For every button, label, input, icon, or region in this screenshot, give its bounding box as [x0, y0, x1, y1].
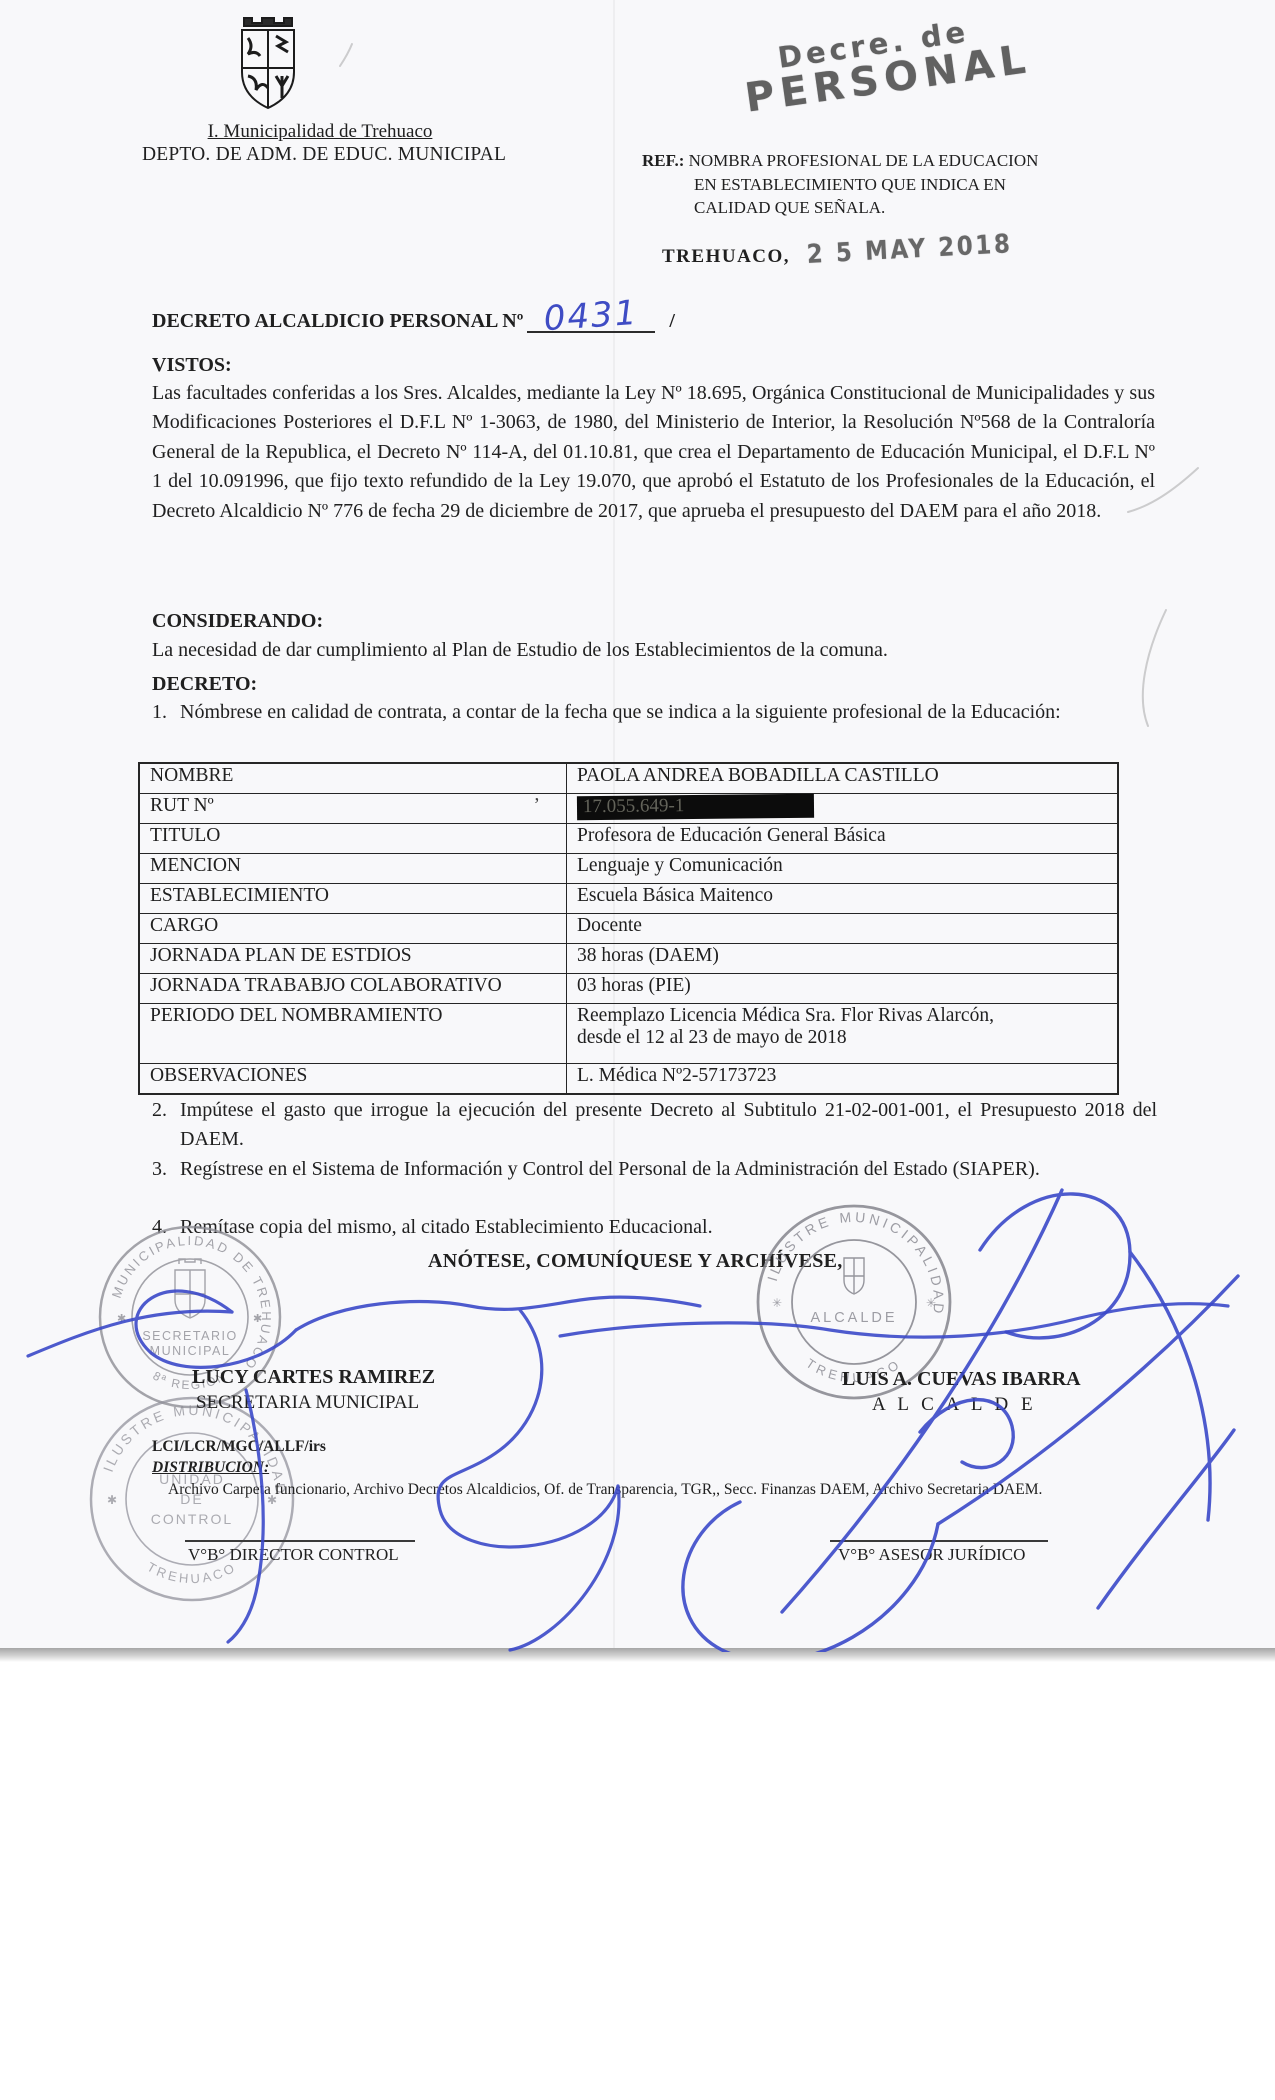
vb-asesor-juridico: V°B° ASESOR JURÍDICO: [838, 1545, 1025, 1565]
row-value: Reemplazo Licencia Médica Sra. Flor Riva…: [567, 1004, 1117, 1063]
table-row: NOMBRE PAOLA ANDREA BOBADILLA CASTILLO: [140, 764, 1117, 794]
pen-mark: ’: [534, 795, 541, 817]
decree-title-line: DECRETO ALCALDICIO PERSONAL Nº 0431 /: [152, 296, 675, 333]
table-row: ESTABLECIMIENTO Escuela Básica Maitenco: [140, 884, 1117, 914]
row-value: L. Médica Nº2-57173723: [567, 1064, 1117, 1093]
distribution-label: DISTRIBUCION:: [152, 1459, 269, 1477]
rut-label: RUT Nº: [150, 795, 214, 816]
reference-text2: EN ESTABLECIMIENTO QUE INDICA EN: [642, 173, 1122, 197]
table-row: JORNADA PLAN DE ESTDIOS 38 horas (DAEM): [140, 944, 1117, 974]
secretaria-title: SECRETARIA MUNICIPAL: [196, 1392, 419, 1414]
row-value: 38 horas (DAEM): [567, 944, 1117, 973]
table-row: TITULO Profesora de Educación General Bá…: [140, 824, 1117, 854]
stamp-crest-icon: [175, 1259, 205, 1318]
stamp-star-icon: ✱: [253, 1313, 262, 1325]
decree-document-page: I. Municipalidad de Trehuaco DEPTO. DE A…: [0, 0, 1275, 2100]
row-value: 03 horas (PIE): [567, 974, 1117, 1003]
table-row: MENCION Lenguaje y Comunicación: [140, 854, 1117, 884]
item-2-text: Impútese el gasto que irrogue la ejecuci…: [180, 1096, 1157, 1155]
row-value: 17.055.649-1: [567, 794, 1117, 823]
vb-asesor-line: [830, 1540, 1048, 1542]
control-stamp-line3: CONTROL: [151, 1511, 233, 1527]
alcalde-stamp-title: ALCALDE: [810, 1310, 897, 1326]
secretaria-name: LUCY CARTES RAMIREZ: [192, 1366, 435, 1389]
decreto-item-2: 2. Impútese el gasto que irrogue la ejec…: [152, 1096, 1157, 1155]
decree-number-underline: 0431: [527, 296, 655, 333]
stamp-star-icon: ✱: [117, 1313, 126, 1325]
decreto-item-1: 1. Nómbrese en calidad de contrata, a co…: [152, 698, 1157, 727]
considerando-heading: CONSIDERANDO:: [152, 610, 323, 633]
municipality-coat-of-arms-icon: [230, 12, 306, 114]
row-value: Profesora de Educación General Básica: [567, 824, 1117, 853]
row-value: Escuela Básica Maitenco: [567, 884, 1117, 913]
reference-text3: CALIDAD QUE SEÑALA.: [642, 196, 1122, 220]
place-label: TREHUACO,: [662, 246, 790, 268]
reference-text1: NOMBRA PROFESIONAL DE LA EDUCACION: [689, 151, 1039, 170]
row-label: TITULO: [140, 824, 567, 853]
scan-edge-shadow: [0, 1648, 1275, 1662]
item-2-number: 2.: [152, 1096, 180, 1155]
redacted-rut-value: 17.055.649-1: [577, 794, 814, 820]
secretario-stamp-title1: SECRETARIO: [142, 1329, 237, 1343]
row-label: JORNADA PLAN DE ESTDIOS: [140, 944, 567, 973]
table-row: OBSERVACIONES L. Médica Nº2-57173723: [140, 1064, 1117, 1093]
decree-title-slash: /: [669, 310, 675, 333]
item-3-number: 3.: [152, 1155, 180, 1184]
vistos-body: Las facultades conferidas a los Sres. Al…: [152, 379, 1155, 526]
decree-title-label: DECRETO ALCALDICIO PERSONAL Nº: [152, 310, 523, 333]
table-row: JORNADA TRABABJO COLABORATIVO 03 horas (…: [140, 974, 1117, 1004]
row-value: Lenguaje y Comunicación: [567, 854, 1117, 883]
appointment-table: NOMBRE PAOLA ANDREA BOBADILLA CASTILLO R…: [138, 762, 1119, 1095]
reference-block: REF.: NOMBRA PROFESIONAL DE LA EDUCACION…: [642, 149, 1122, 220]
table-row: PERIODO DEL NOMBRAMIENTO Reemplazo Licen…: [140, 1004, 1117, 1064]
vistos-heading: VISTOS:: [152, 354, 232, 377]
decreto-heading: DECRETO:: [152, 673, 257, 696]
row-label: MENCION: [140, 854, 567, 883]
table-row: RUT Nº ’ 17.055.649-1: [140, 794, 1117, 824]
row-label: CARGO: [140, 914, 567, 943]
stamp-star-icon: ✱: [107, 1493, 117, 1507]
row-label: ESTABLECIMIENTO: [140, 884, 567, 913]
unidad-de-control-stamp-icon: ILUSTRE MUNICIPALIDAD TREHUACO ✱ ✱ UNIDA…: [85, 1392, 300, 1607]
row-label: RUT Nº ’: [140, 794, 567, 823]
decreto-item-4: 4. Remítase copia del mismo, al citado E…: [152, 1213, 1157, 1242]
vb-director-control: V°B° DIRECTOR CONTROL: [188, 1545, 399, 1565]
secretario-stamp-title2: MUNICIPAL: [150, 1344, 231, 1358]
row-label: NOMBRE: [140, 764, 567, 793]
alcalde-title: A L C A L D E: [872, 1394, 1037, 1416]
row-label: OBSERVACIONES: [140, 1064, 567, 1093]
reference-line1: REF.: NOMBRA PROFESIONAL DE LA EDUCACION: [642, 149, 1122, 173]
row-value: Docente: [567, 914, 1117, 943]
period-line2: desde el 12 al 23 de mayo de 2018: [577, 1027, 1107, 1049]
row-label: JORNADA TRABABJO COLABORATIVO: [140, 974, 567, 1003]
item-1-text: Nómbrese en calidad de contrata, a conta…: [180, 698, 1061, 727]
item-1-number: 1.: [152, 698, 180, 727]
distribution-list: Archivo Carpeta funcionario, Archivo Dec…: [168, 1481, 1042, 1499]
vb-director-line: [185, 1540, 415, 1542]
drafting-initials: LCI/LCR/MGC/ALLF/irs: [152, 1438, 326, 1456]
row-label: PERIODO DEL NOMBRAMIENTO: [140, 1004, 567, 1063]
stamp-star-icon: ✳: [926, 1296, 936, 1310]
stamp-star-icon: ✳: [772, 1296, 782, 1310]
period-line1: Reemplazo Licencia Médica Sra. Flor Riva…: [577, 1005, 1107, 1027]
stamp-crest-icon: [844, 1258, 864, 1294]
department-name: DEPTO. DE ADM. DE EDUC. MUNICIPAL: [118, 144, 530, 166]
considerando-body: La necesidad de dar cumplimiento al Plan…: [152, 636, 1162, 665]
municipality-name: I. Municipalidad de Trehuaco: [155, 121, 485, 143]
alcalde-name: LUIS A. CUEVAS IBARRA: [842, 1368, 1081, 1391]
reference-label: REF.:: [642, 151, 684, 170]
row-value: PAOLA ANDREA BOBADILLA CASTILLO: [567, 764, 1117, 793]
table-row: CARGO Docente: [140, 914, 1117, 944]
item-3-text: Regístrese en el Sistema de Información …: [180, 1155, 1040, 1184]
decreto-item-3: 3. Regístrese en el Sistema de Informaci…: [152, 1155, 1157, 1184]
